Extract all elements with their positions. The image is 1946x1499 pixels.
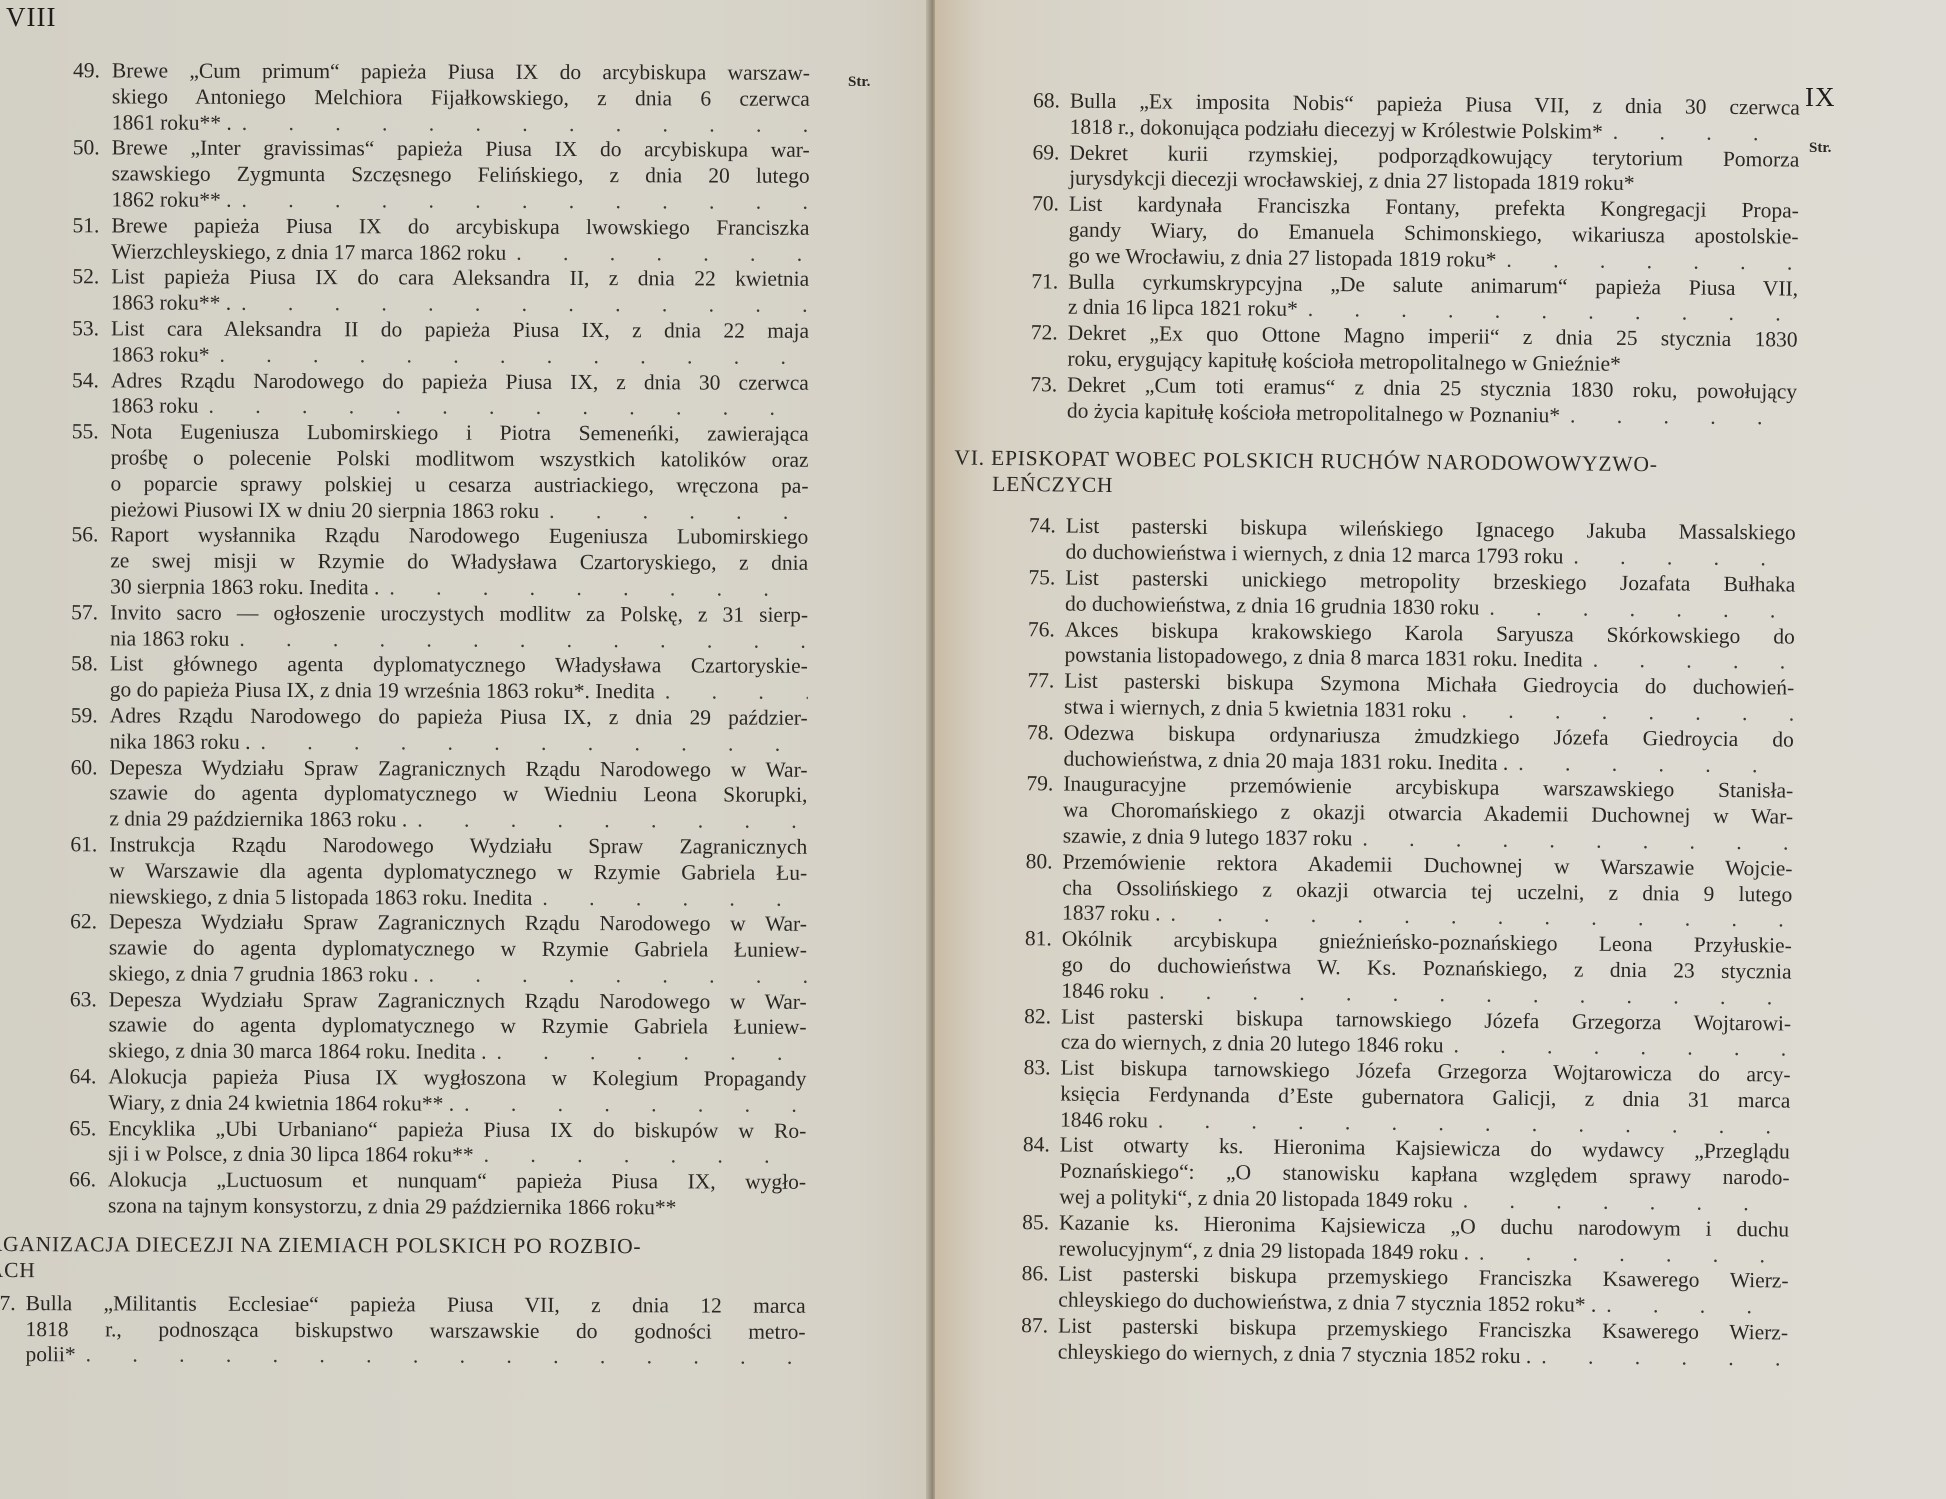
leader-dots: . . . . . . . . . . . . . . . . . . . . … (1570, 403, 1797, 431)
entry-text-line: 1818 r., podnosząca biskupstwo warszawsk… (26, 1317, 806, 1346)
toc-entry: 65.Encyklika „Ubi Urbaniano“ papieża Piu… (0, 1116, 896, 1171)
entry-number: 61. (47, 832, 97, 858)
leader-dots: . . . . . . . . . . . . . . . . . . . . … (239, 626, 808, 654)
entry-number: 83. (1000, 1055, 1050, 1081)
table-of-contents: 49.Brewe „Cum primum“ papieża Piusa IX d… (0, 58, 900, 1371)
entry-text-line: niewskiego, z dnia 5 listopada 1863 roku… (109, 884, 532, 911)
leader-dots: . . . . . . . . . . . . . . . . . . . . … (429, 962, 807, 989)
entry-text-line: List głównego agenta dyplomatycznego Wła… (110, 652, 808, 680)
entry-last-line: skiego, z dnia 30 marca 1864 roku. Inedi… (108, 1039, 806, 1067)
entry-number: 7. (0, 1291, 16, 1317)
toc-entry: 58.List głównego agenta dyplomatycznego … (0, 651, 898, 706)
entry-last-line: pieżowi Piusowi IX w dniu 20 sierpnia 18… (110, 497, 808, 525)
toc-entry-list: 74.List pasterski biskupa wileńskiego Ig… (998, 513, 1896, 1373)
toc-entry: 80.Przemówienie rektora Akademii Duchown… (1002, 849, 1893, 935)
entry-number: 76. (1005, 617, 1055, 643)
leader-dots: . . . . . . . . . . . . . . . . . . . . … (516, 240, 809, 267)
toc-entry: 77.List pasterski biskupa Szymona Michał… (1004, 668, 1894, 728)
entry-text-line: Wierzchleyskiego, z dnia 17 marca 1862 r… (111, 239, 506, 266)
toc-entry: 63.Depesza Wydziału Spraw Zagranicznych … (0, 987, 897, 1068)
leader-dots: . . . . . . . . . . . . . . . . . . . . … (86, 1343, 806, 1371)
leader-dots: . . . . . . . . . . . . . . . . . . . . … (1489, 595, 1795, 624)
toc-entry: 7.Bulla „Militantis Ecclesiae“ papieża P… (0, 1291, 896, 1372)
entry-text-line: Adres Rządu Narodowego do papieża Piusa … (111, 368, 809, 396)
page-number: 334 (1928, 909, 1946, 935)
leader-dots: . . . . . . . . . . . . . . . . . . . . … (496, 1040, 806, 1067)
entry-text-line: Invito sacro — ogłoszenie uroczystych mo… (110, 600, 808, 628)
toc-entry: 71.Bulla cyrkumskrypcyjna „De salute ani… (1008, 269, 1898, 329)
toc-entry: 52.List papieża Piusa IX do cara Aleksan… (0, 264, 899, 319)
entry-number: 69. (1009, 140, 1059, 166)
entry-text-line: szawskiego Zygmunta Szczęsnego Felińskie… (112, 162, 810, 190)
entry-number: 52. (49, 265, 99, 291)
entry-text-line: cza do wiernych, z dnia 20 lutego 1846 r… (1061, 1030, 1444, 1059)
entry-text-line: Brewe „Cum primum“ papieża Piusa IX do a… (112, 58, 810, 86)
toc-entry: 61.Instrukcja Rządu Narodowego Wydziału … (0, 832, 897, 913)
entry-text-line: Depesza Wydziału Spraw Zagranicznych Rzą… (109, 910, 807, 938)
entry-text-line: 1861 roku** . (112, 110, 232, 136)
toc-entry: 66.Alokucja „Luctuosum et nunquam“ papie… (0, 1167, 896, 1222)
leader-dots: . . . . . . . . . . . . . . . . . . . . … (241, 291, 809, 319)
entry-text-line: skiego, z dnia 30 marca 1864 roku. Inedi… (108, 1039, 486, 1066)
toc-entry: 81.Okólnik arcybiskupa gnieźnieńsko-pozn… (1001, 926, 1892, 1012)
page-number: 381 (1924, 1348, 1946, 1374)
entry-last-line: go do papieża Piusa IX, z dnia 19 wrześn… (110, 678, 808, 706)
entry-text-line: Raport wysłannika Rządu Narodowego Eugen… (110, 523, 808, 551)
leader-dots: . . . . . . . . . . . . . . . . . . . . … (1463, 1188, 1790, 1217)
entry-number: 59. (48, 703, 98, 729)
entry-text-line: polii* (25, 1343, 75, 1369)
entry-number: 85. (999, 1210, 1049, 1236)
entry-text-line: stwa i wiernych, z dnia 5 kwietnia 1831 … (1064, 694, 1452, 724)
toc-entry: 82.List pasterski biskupa tarnowskiego J… (1001, 1003, 1891, 1063)
leader-dots: . . . . . . . . . . . . . . . . . . . . … (1613, 120, 1800, 148)
entry-text-line: Brewe „Inter gravissimas“ papieża Piusa … (112, 136, 810, 164)
entry-text-line: Wiary, z dnia 24 kwietnia 1864 roku** . (108, 1090, 454, 1117)
entry-number: 75. (1005, 565, 1055, 591)
toc-entry: 49.Brewe „Cum primum“ papieża Piusa IX d… (0, 58, 900, 139)
toc-entry: 75.List pasterski unickiego metropolity … (1005, 565, 1895, 625)
entry-text-line: Depesza Wydziału Spraw Zagranicznych Rzą… (109, 987, 807, 1015)
toc-entry: 59.Adres Rządu Narodowego do papieża Piu… (0, 703, 898, 758)
toc-entry: 79.Inauguracyjne przemówienie arcybiskup… (1003, 771, 1894, 857)
entry-text-line: o poparcie sprawy polskiej u cesarza aus… (110, 471, 808, 499)
entry-text-line: wej a polityki“, z dnia 20 listopada 184… (1059, 1185, 1453, 1215)
page-number: 284 (1935, 174, 1946, 200)
toc-entry: 53.List cara Aleksandra II do papieża Pi… (0, 316, 899, 371)
entry-text-line: do duchowieństwa, z dnia 16 grudnia 1830… (1065, 591, 1480, 621)
entry-last-line: 1863 roku** .. . . . . . . . . . . . . .… (111, 291, 809, 319)
entry-text-line: z dnia 29 października 1863 roku . (109, 806, 407, 833)
toc-entry: 62.Depesza Wydziału Spraw Zagranicznych … (0, 909, 897, 990)
toc-entry: 85.Kazanie ks. Hieronima Kajsiewicza „O … (999, 1210, 1889, 1270)
page-number: 345 (1925, 1193, 1946, 1219)
entry-text-line: Depesza Wydziału Spraw Zagranicznych Rzą… (109, 755, 807, 783)
entry-number: 78. (1004, 720, 1054, 746)
leader-dots: . . . . . . . . . . . . . . . . . . . . … (261, 730, 808, 758)
toc-entry: 78.Odezwa biskupa ordynariusza żmudzkieg… (1003, 720, 1893, 780)
toc-entry: 84.List otwarty ks. Hieronima Kajsiewicz… (999, 1132, 1890, 1218)
entry-text-line: Alokucja „Luctuosum et nunquam“ papieża … (108, 1168, 806, 1196)
entry-text-line: skiego, z dnia 7 grudnia 1863 roku . (109, 961, 419, 988)
entry-last-line: z dnia 29 października 1863 roku .. . . … (109, 806, 807, 834)
leader-dots: . . . . . . . . . . . . . . . . . . . . … (665, 679, 808, 705)
page-number: 286 (1934, 303, 1946, 329)
toc-entry: 72.Dekret „Ex quo Ottone Magno imperii“ … (1007, 320, 1897, 380)
leader-dots: . . . . . . . . . . . . . . . . . . . . … (209, 394, 809, 422)
toc-entry: 56.Raport wysłannika Rządu Narodowego Eu… (0, 522, 898, 603)
entry-number: 80. (1002, 849, 1052, 875)
entry-last-line: 30 sierpnia 1863 roku. Inedita .. . . . … (110, 574, 808, 602)
leader-dots: . . . . . . . . . . . . . . . . . . . . … (1461, 698, 1794, 727)
entry-number: 64. (46, 1064, 96, 1090)
leader-dots: . . . . . . . . . . . . . . . . . . . . … (1593, 648, 1795, 676)
entry-number: 73. (1007, 372, 1057, 398)
entry-number: 82. (1001, 1003, 1051, 1029)
leader-dots: . . . . . . . . . . . . . . . . . . . . … (542, 885, 807, 912)
section-heading-line: ACH (0, 1257, 896, 1286)
page-number: 328 (1929, 754, 1946, 780)
toc-entry: 68.Bulla „Ex imposita Nobis“ papieża Piu… (1010, 88, 1900, 148)
entry-text-line: szawie, z dnia 9 lutego 1837 roku (1063, 823, 1353, 852)
entry-text-line: Alokucja papieża Piusa IX wygłoszona w K… (108, 1064, 806, 1092)
page-folio: VIII (6, 2, 56, 33)
entry-text-line: 1863 roku* (111, 342, 210, 368)
entry-number: 79. (1003, 771, 1053, 797)
toc-entry: 70.List kardynała Franciszka Fontany, pr… (1008, 191, 1899, 277)
entry-text-line: go do papieża Piusa IX, z dnia 19 wrześn… (110, 678, 655, 706)
entry-number: 68. (1010, 88, 1060, 114)
entry-last-line: niewskiego, z dnia 5 listopada 1863 roku… (109, 884, 807, 912)
leader-dots: . . . . . . . . . . . . . . . . . . . . … (1506, 248, 1798, 277)
entry-text-line: rewolucyjnym“, z dnia 29 listopada 1849 … (1059, 1236, 1469, 1266)
table-of-contents: 68.Bulla „Ex imposita Nobis“ papieża Piu… (998, 88, 1900, 1373)
page-number: 355 (1925, 1245, 1946, 1271)
entry-last-line: 1861 roku** .. . . . . . . . . . . . . .… (112, 110, 810, 138)
entry-last-line: sji i w Polsce, z dnia 30 lipca 1864 rok… (108, 1142, 806, 1170)
entry-text-line: szawie do agenta dyplomatycznego w Rzymi… (109, 1013, 807, 1041)
leader-dots: . . . . . . . . . . . . . . . . . . . . … (484, 1143, 807, 1170)
entry-last-line: 1863 roku*. . . . . . . . . . . . . . . … (111, 342, 809, 370)
entry-number: 63. (47, 987, 97, 1013)
entry-text-line: w Warszawie dla agenta dyplomatycznego w… (109, 858, 807, 886)
entry-text-line: 1846 roku (1061, 978, 1149, 1005)
toc-entry-list: 68.Bulla „Ex imposita Nobis“ papieża Piu… (1007, 88, 1900, 432)
toc-entry: 57.Invito sacro — ogłoszenie uroczystych… (0, 600, 898, 655)
entry-text-line: Brewe papieża Piusa IX do arcybiskupa lw… (111, 213, 809, 241)
toc-entry: 83.List biskupa tarnowskiego Józefa Grze… (1000, 1055, 1891, 1141)
entry-text-line: szona na tajnym konsystorzu, z dnia 29 p… (108, 1193, 676, 1221)
entry-number: 87. (998, 1313, 1048, 1339)
entry-text-line: Encyklika „Ubi Urbaniano“ papieża Piusa … (108, 1116, 806, 1144)
leader-dots: . . . . . . . . . . . . . . . . . . . . … (417, 808, 807, 835)
page-number: 341 (1926, 1116, 1946, 1142)
page-number: 330 (1929, 832, 1946, 858)
entry-number: 54. (49, 368, 99, 394)
entry-text-line: do życia kapitułę kościoła metropolitaln… (1067, 398, 1560, 429)
page-number: 374 (1924, 1296, 1946, 1322)
page-number: 323 (1930, 651, 1946, 677)
entry-text-line: chleyskiego do wiernych, z dnia 7 styczn… (1058, 1339, 1532, 1369)
entry-text-line: pieżowi Piusowi IX w dniu 20 sierpnia 18… (110, 497, 539, 524)
entry-text-line: Instrukcja Rządu Narodowego Wydziału Spr… (109, 832, 807, 860)
toc-entry: 87.List pasterski biskupa przemyskiego F… (998, 1313, 1888, 1373)
leader-dots: . . . . . . . . . . . . . . . . . . . . … (1518, 750, 1793, 778)
entry-text-line: sji i w Polsce, z dnia 30 lipca 1864 rok… (108, 1142, 474, 1169)
leader-dots: . . . . . . . . . . . . . . . . . . . . … (219, 343, 809, 371)
leader-dots: . . . . . . . . . . . . . . . . . . . . … (1453, 1034, 1791, 1063)
entry-last-line: Wierzchleyskiego, z dnia 17 marca 1862 r… (111, 239, 809, 267)
entry-last-line: nika 1863 roku .. . . . . . . . . . . . … (110, 729, 808, 757)
page-number: 318 (1931, 548, 1946, 574)
leader-dots: . . . . . . . . . . . . . . . . . . . . … (389, 575, 808, 602)
toc-entry-list: 49.Brewe „Cum primum“ papieża Piusa IX d… (0, 58, 900, 1222)
toc-entry: 74.List pasterski biskupa wileńskiego Ig… (1005, 513, 1895, 573)
toc-entry: 86.List pasterski biskupa przemyskiego F… (998, 1261, 1888, 1321)
entry-number: 49. (50, 58, 100, 84)
entry-text-line: 1862 roku** . (111, 187, 231, 213)
entry-text-line: ze swej misji w Rzymie do Władysława Cza… (110, 549, 808, 577)
page-number: 321 (1931, 600, 1946, 626)
entry-text-line: prośbę o polecenie Polski modlitwom wszy… (111, 445, 809, 473)
entry-number: 62. (47, 909, 97, 935)
entry-number: 57. (48, 600, 98, 626)
entry-number: 58. (48, 651, 98, 677)
entry-number: 55. (49, 419, 99, 445)
toc-entry: 76.Akces biskupa krakowskiego Karola Sar… (1004, 617, 1894, 677)
toc-entry: 60.Depesza Wydziału Spraw Zagranicznych … (0, 755, 898, 836)
entry-number: 56. (48, 523, 98, 549)
entry-text-line: 1863 roku** . (111, 291, 231, 317)
entry-number: 50. (50, 136, 100, 162)
toc-entry: 73.Dekret „Cum toti eramus“ z dnia 25 st… (1007, 372, 1897, 432)
entry-number: 71. (1008, 269, 1058, 295)
leader-dots (1631, 371, 1798, 373)
leader-dots: . . . . . . . . . . . . . . . . . . . . … (1573, 545, 1795, 573)
leader-dots: . . . . . . . . . . . . . . . . . . . . … (1479, 1240, 1789, 1269)
toc-entry: 64.Alokucja papieża Piusa IX wygłoszona … (0, 1064, 896, 1119)
entry-number: 77. (1004, 668, 1054, 694)
entry-text-line: nika 1863 roku . (110, 729, 251, 755)
toc-entry: 51.Brewe papieża Piusa IX do arcybiskupa… (0, 213, 899, 268)
entry-text-line: skiego Antoniego Melchiora Fijałkowskieg… (112, 84, 810, 112)
leader-dots: . . . . . . . . . . . . . . . . . . . . … (464, 1092, 806, 1119)
entry-text-line: szawie do agenta dyplomatycznego w Rzymi… (109, 935, 807, 963)
page-number: 312 (1933, 406, 1946, 432)
left-page: VIII Str. 49.Brewe „Cum primum“ papieża … (0, 0, 930, 1499)
entry-last-line: szona na tajnym konsystorzu, z dnia 29 p… (108, 1193, 806, 1221)
leader-dots: . . . . . . . . . . . . . . . . . . . . … (1541, 1344, 1788, 1372)
entry-last-line: nia 1863 roku. . . . . . . . . . . . . .… (110, 626, 808, 654)
toc-entry-list: 7.Bulla „Militantis Ecclesiae“ papieża P… (0, 1291, 896, 1372)
entry-text-line: 30 sierpnia 1863 roku. Inedita . (110, 574, 379, 601)
page-number: 324 (1930, 703, 1946, 729)
entry-text-line: Adres Rządu Narodowego do papieża Piusa … (110, 703, 808, 731)
page-number: 285 (1934, 252, 1946, 278)
entry-text-line: 1863 roku (111, 394, 199, 420)
entry-number: 70. (1009, 191, 1059, 217)
entry-text-line: 1837 roku . (1062, 901, 1161, 928)
entry-last-line: 1863 roku. . . . . . . . . . . . . . . .… (111, 394, 809, 422)
section-heading: RGANIZACJA DIECEZJI NA ZIEMIACH POLSKICH… (0, 1231, 896, 1286)
section-heading-line: RGANIZACJA DIECEZJI NA ZIEMIACH POLSKICH… (0, 1231, 896, 1260)
entry-text-line: nia 1863 roku (110, 626, 230, 652)
entry-number: 60. (47, 755, 97, 781)
leader-dots (1644, 190, 1799, 191)
entry-number: 81. (1002, 926, 1052, 952)
section-heading: VI. EPISKOPAT WOBEC POLSKICH RUCHÓW NARO… (954, 445, 1896, 506)
entry-last-line: 1862 roku** .. . . . . . . . . . . . . .… (111, 187, 809, 215)
entry-number: 53. (49, 316, 99, 342)
entry-text-line: List cara Aleksandra II do papieża Piusa… (111, 316, 809, 344)
entry-last-line: skiego, z dnia 7 grudnia 1863 roku .. . … (109, 961, 807, 989)
toc-entry: 69.Dekret kurii rzymskiej, podporządkowu… (1009, 140, 1899, 200)
toc-entry: 50.Brewe „Inter gravissimas“ papieża Piu… (0, 135, 900, 216)
page-number: 304 (1933, 355, 1946, 381)
entry-number: 74. (1006, 513, 1056, 539)
entry-text-line: Nota Eugeniusza Lubomirskiego i Piotra S… (111, 420, 809, 448)
toc-entry: 55.Nota Eugeniusza Lubomirskiego i Piotr… (0, 419, 899, 525)
entry-text-line: Bulla „Militantis Ecclesiae“ papieża Piu… (26, 1291, 806, 1320)
page-number: 340 (1927, 1038, 1946, 1064)
entry-number: 51. (49, 213, 99, 239)
entry-number: 84. (1000, 1132, 1050, 1158)
leader-dots: . . . . . . . . . . . . . . . . . . . . … (549, 498, 808, 525)
toc-entry: 54.Adres Rządu Narodowego do papieża Piu… (0, 368, 899, 423)
entry-number: 66. (46, 1167, 96, 1193)
entry-text-line: z dnia 16 lipca 1821 roku* (1068, 295, 1298, 323)
entry-text-line: szawie do agenta dyplomatycznego w Wiedn… (109, 781, 807, 809)
leader-dots: . . . . . . . . . . . . . . . . . . . . … (242, 188, 810, 216)
entry-last-line: Wiary, z dnia 24 kwietnia 1864 roku** ..… (108, 1090, 806, 1118)
entry-number: 86. (998, 1261, 1048, 1287)
entry-text-line: 1846 roku (1060, 1107, 1148, 1134)
leader-dots: . . . . . . . . . . . . . . . . . . . . … (1606, 1293, 1788, 1321)
entry-number: 72. (1008, 320, 1058, 346)
entry-last-line: polii*. . . . . . . . . . . . . . . . . … (25, 1343, 805, 1372)
page-number: 337 (1927, 987, 1946, 1013)
entry-text-line: List papieża Piusa IX do cara Aleksandra… (111, 265, 809, 293)
entry-number: 65. (46, 1116, 96, 1142)
page-number: 271 (1935, 123, 1946, 149)
leader-dots: . . . . . . . . . . . . . . . . . . . . … (242, 110, 810, 138)
